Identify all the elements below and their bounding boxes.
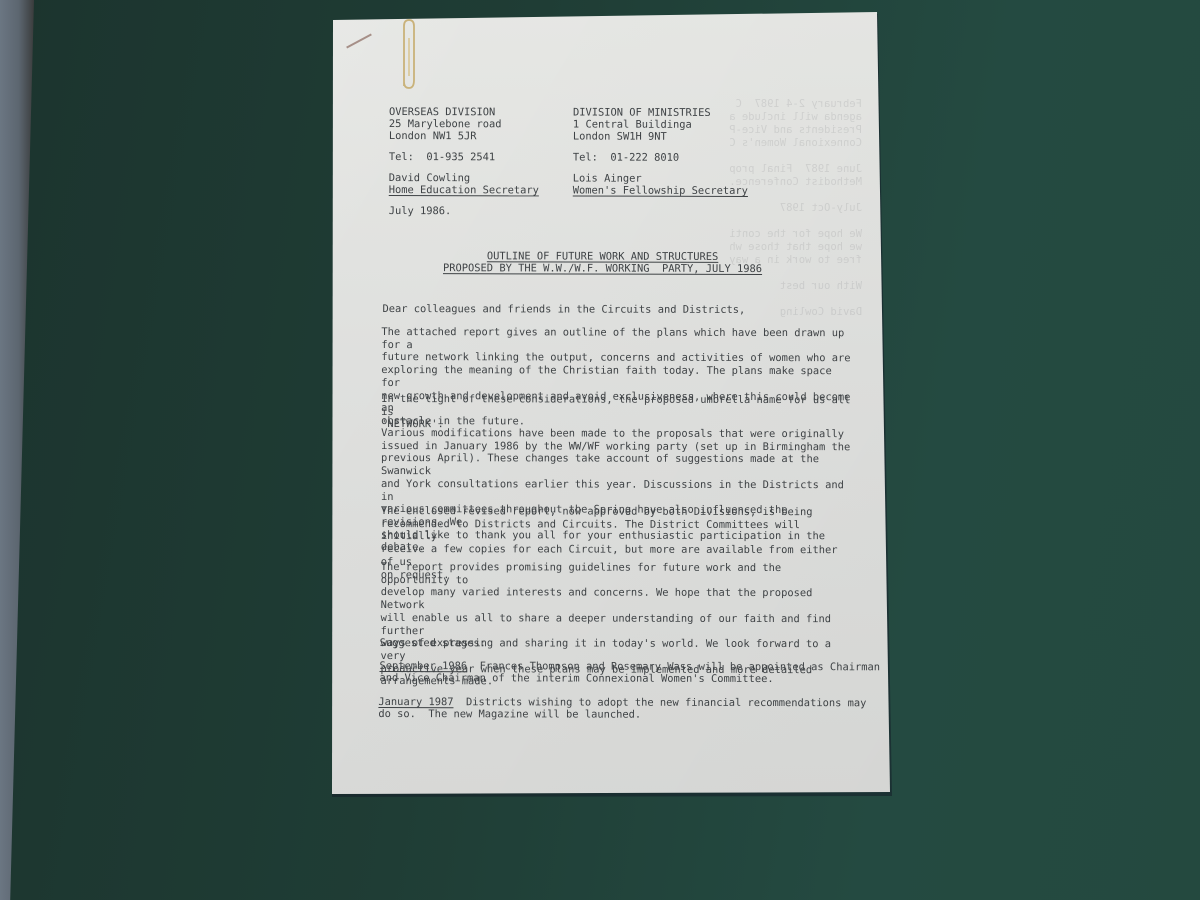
- letter-document: OVERSEAS DIVISION 25 Marylebone road Lon…: [0, 0, 1200, 900]
- left-name: David Cowling: [389, 172, 470, 185]
- stage-2-date: January 1987: [378, 696, 453, 708]
- left-role: Home Education Secretary: [389, 184, 539, 197]
- left-address-line1: 25 Marylebone road: [389, 118, 502, 131]
- stage-2-text-line1: Districts wishing to adopt the new finan…: [453, 696, 866, 709]
- stages-heading: Suggested stages:: [380, 637, 486, 650]
- left-address-line2: London NW1 5JR: [389, 130, 477, 143]
- left-tel: Tel: 01-935 2541: [389, 151, 495, 164]
- right-name: Lois Ainger: [573, 173, 642, 186]
- salutation: Dear colleagues and friends in the Circu…: [382, 303, 745, 317]
- stage-2-line2: do so. The new Magazine will be launched…: [378, 708, 641, 721]
- stage-1-text-line1: Frances Thompson and Rosemary Wass will …: [467, 660, 880, 673]
- stage-1-date: September 1986: [380, 660, 468, 672]
- letter-date: July 1986.: [389, 205, 452, 218]
- right-tel: Tel: 01-222 8010: [573, 152, 679, 165]
- stage-1-line2: and Vice Chairman of the interim Connexi…: [379, 672, 773, 686]
- right-address-line2: London SW1H 9NT: [573, 131, 667, 144]
- left-division: OVERSEAS DIVISION: [389, 106, 495, 119]
- title-line2: PROPOSED BY THE W.W./W.F. WORKING PARTY,…: [438, 262, 768, 276]
- right-role: Women's Fellowship Secretary: [573, 185, 748, 198]
